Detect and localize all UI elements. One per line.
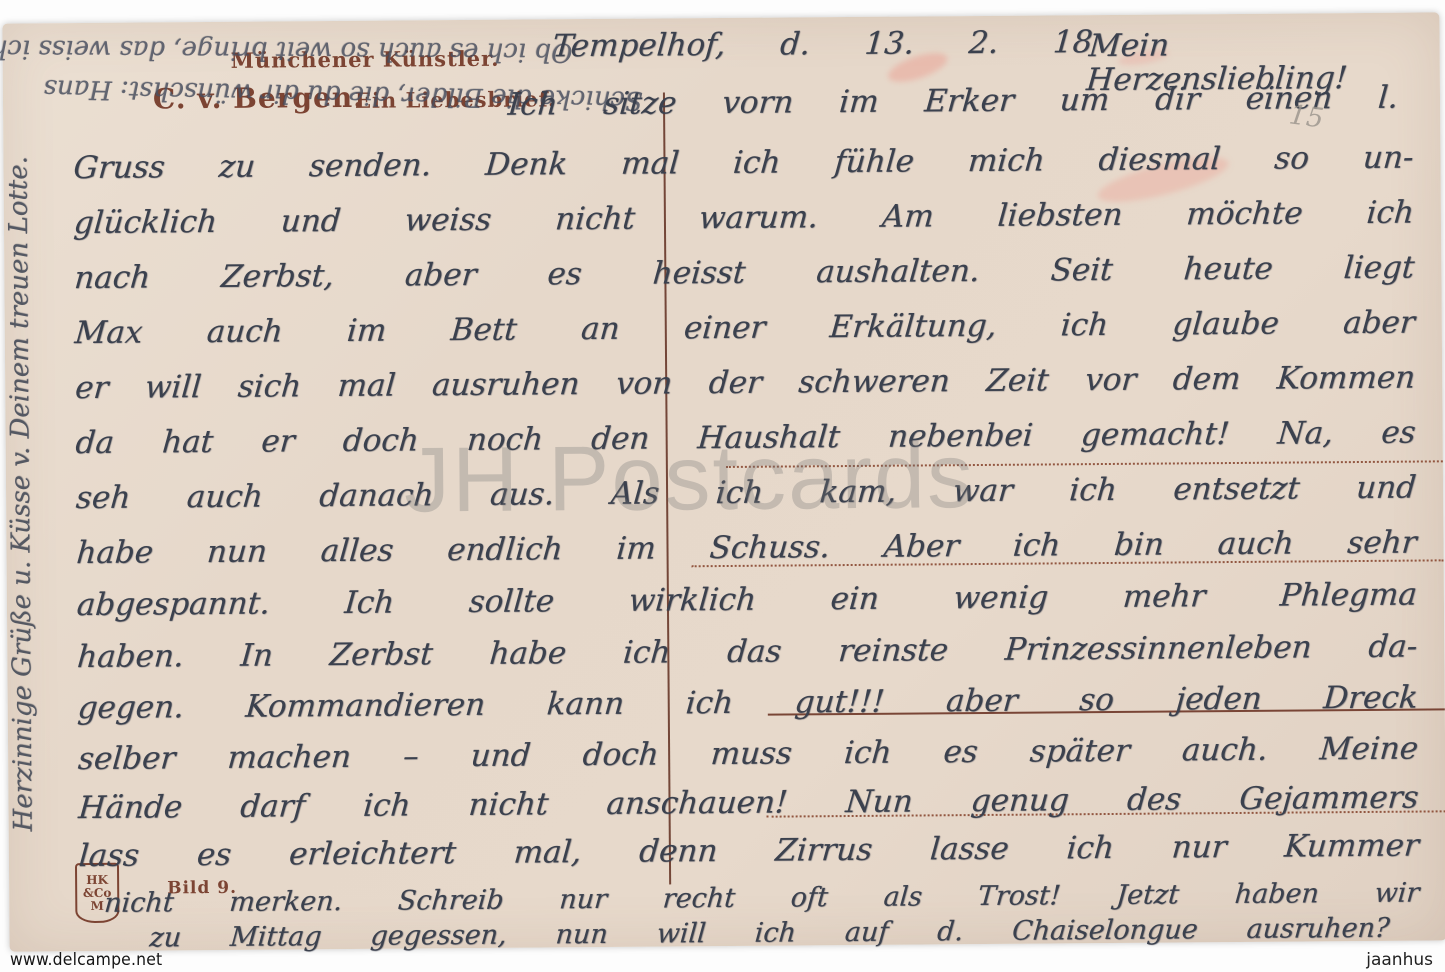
handwriting-line: Ich sitze vorn im Erker um dir einen l. [507, 81, 1400, 122]
publisher-logo-text: HK [86, 873, 108, 886]
inverted-handwriting-line: Ob ich es auch so weit bringe, das weiss… [13, 34, 573, 67]
handwriting-line: Max auch im Bett an einer Erkältung, ich… [73, 306, 1416, 351]
handwriting-line: lass es erleichtert mal, denn Zirrus las… [78, 829, 1421, 874]
handwriting-line: habe nun alles endlich im Schuss. Aber i… [75, 526, 1418, 571]
pencil-number: 15 [1287, 99, 1325, 134]
postcard: Münchener Künstler. C. v. Bergen. Ein Li… [2, 12, 1445, 951]
left-margin-note: Herzinnige Grüße u. Küsse v. Deinem treu… [3, 53, 50, 933]
footer-seller-watermark: jaanhus [1366, 950, 1433, 970]
handwriting-line: abgespannt. Ich sollte wirklich ein weni… [76, 578, 1419, 623]
handwriting-line: selber machen – und doch muss ich es spä… [77, 732, 1420, 777]
handwriting-line: Gruss zu senden. Denk mal ich fühle mich… [72, 141, 1415, 186]
handwriting-line: er will sich mal ausruhen von der schwer… [74, 361, 1417, 406]
footer-site-watermark: www.delcampe.net [10, 950, 162, 970]
handwriting-line: Hände darf ich nicht anschauen! Nun genu… [77, 781, 1420, 826]
dealer-watermark: JH Postcards [404, 424, 976, 533]
handwriting-dateline: Tempelhof, d. 13. 2. 18 [551, 25, 1094, 63]
publisher-logo-text: M [91, 899, 104, 912]
handwriting-line: haben. In Zerbst habe ich das reinste Pr… [76, 630, 1419, 675]
scanned-postcard-page: { "card": { "printed": { "series": "Münc… [0, 0, 1445, 972]
handwriting-line: gegen. Kommandieren kann ich gut!!! aber… [76, 681, 1419, 726]
handwriting-line: nach Zerbst, aber es heisst aushalten. S… [73, 251, 1416, 296]
handwriting-line: glücklich und weiss nicht warum. Am lieb… [73, 196, 1416, 241]
